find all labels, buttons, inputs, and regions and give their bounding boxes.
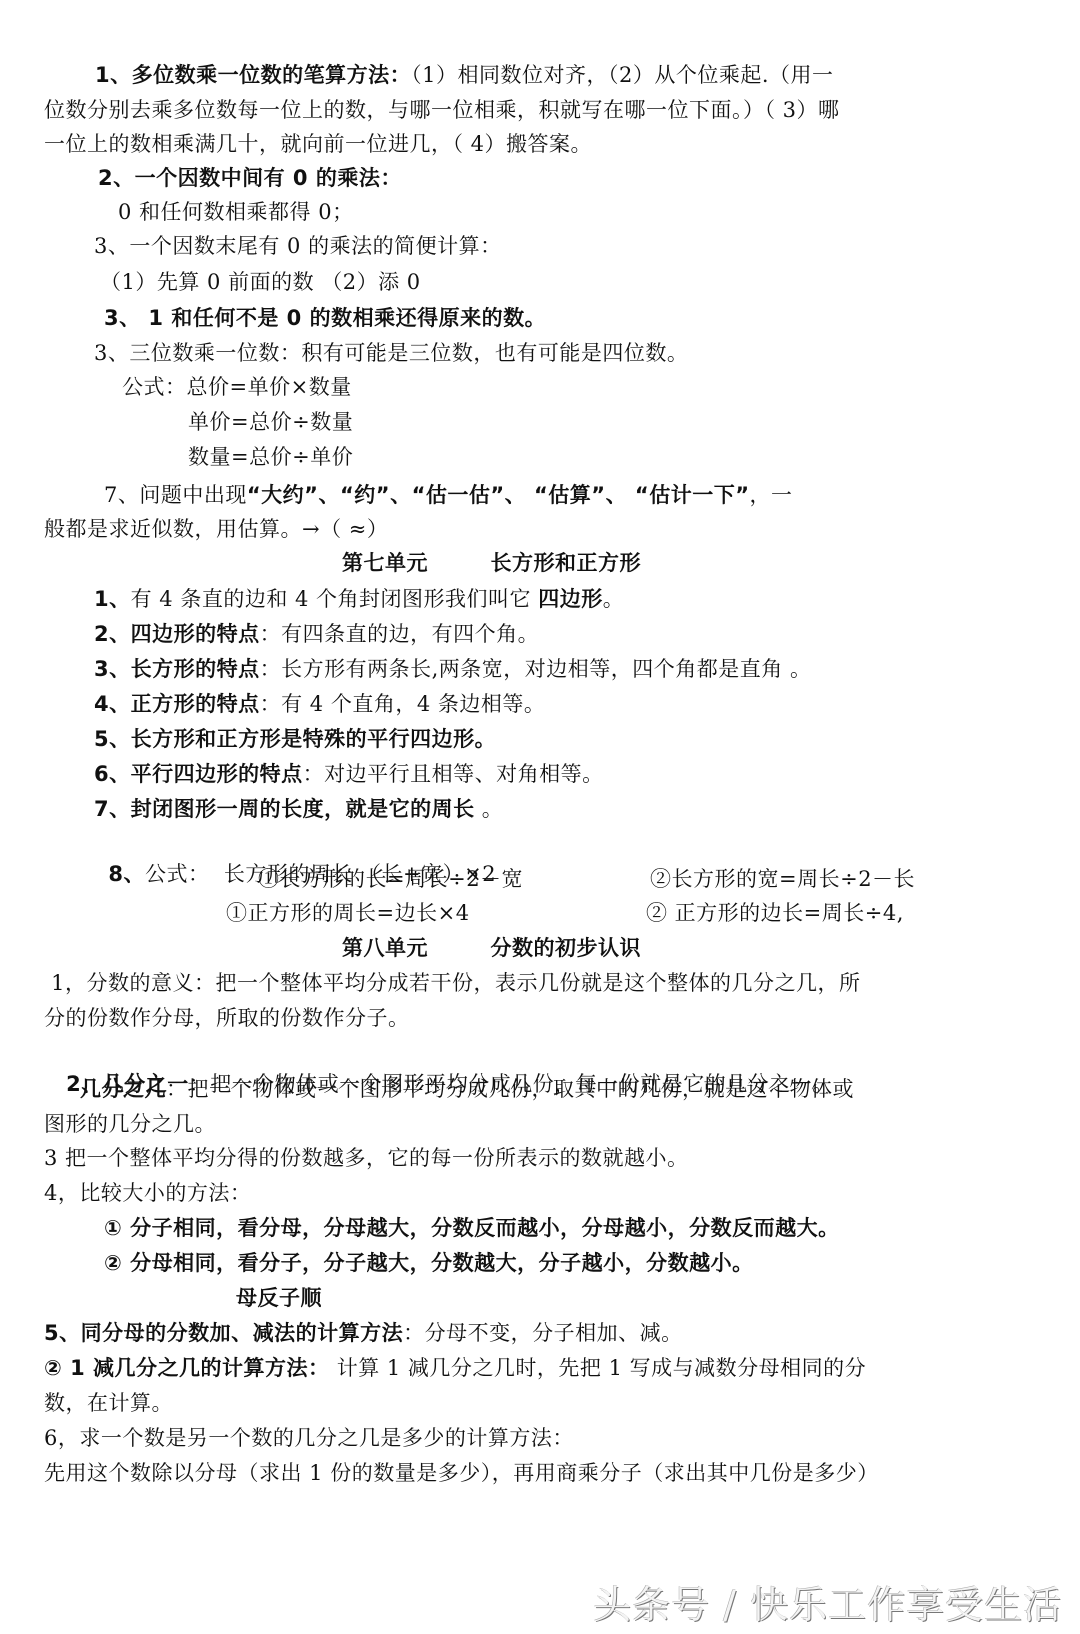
mult-item-2-label: 2、一个因数中间有 0 的乘法： [98,163,402,193]
unit-8-item-6-line-2: 先用这个数除以分母（求出 1 份的数量是多少），再用商乘分子（求出其中几份是多少… [44,1458,879,1488]
mult-item-7-prefix: 7、问题中出现 [104,483,247,507]
unit-8-item-2b-text: ：把一个物体或一个图形平均分成几份，取其中的几份，就是这个物体或 [166,1077,854,1101]
unit-8-item-2b-label: 几分之几 [80,1077,166,1101]
mult-item-1-line-3: 一位上的数相乘满几十，就向前一位进几，（ 4）搬答案。 [44,129,592,159]
rect-length-formula: ①长方形的长=周长÷2－宽 [258,864,523,894]
unit-7-item-5-label: 5、长方形和正方形是特殊的平行四边形。 [94,727,496,751]
unit-7-item-1: 1、有 4 条直的边和 4 个角封闭图形我们叫它 四边形。 [94,584,624,614]
mult-item-7-line-1: 7、问题中出现“大约”、“约”、“估一估”、 “估算”、 “估计一下”，一 [104,480,793,510]
unit-7-item-7: 7、封闭图形一周的长度，就是它的周长 。 [94,794,503,824]
unit-8-item-5-label: 5、同分母的分数加、减法的计算方法 [44,1321,403,1345]
unit-7-item-3-label: 3、长方形的特点 [94,657,260,681]
unit-7-title: 第七单元 长方形和正方形 [342,548,641,578]
unit-8-item-4-label: 4，比较大小的方法： [44,1178,251,1208]
unit-7-item-8-num: 8、 [108,862,145,886]
mult-item-3a-label: 3、一个因数末尾有 0 的乘法的简便计算： [94,231,502,261]
mult-item-1-label: 1、多位数乘一位数的笔算方法： [95,63,411,87]
unit-8-item-5-text: ：分母不变，分子相加、减。 [403,1321,683,1345]
mult-item-1-line-2: 位数分别去乘多位数每一位上的数，与哪一位相乘，积就写在哪一位下面。）（ 3）哪 [44,95,840,125]
unit-7-item-2-text: ：有四条直的边，有四个角。 [260,622,540,646]
unit-7-item-5: 5、长方形和正方形是特殊的平行四边形。 [94,724,496,754]
unit-8-item-2b: 几分之几：把一个物体或一个图形平均分成几份，取其中的几份，就是这个物体或 [80,1074,854,1104]
unit-7-item-1-text: 有 4 条直的边和 4 个角封闭图形我们叫它 [131,587,539,611]
unit-8-item-5b: ② 1 减几分之几的计算方法： 计算 1 减几分之几时，先把 1 写成与减数分母… [44,1353,866,1383]
price-formula-1: 公式：总价=单价×数量 [122,372,352,402]
unit-7-item-2-label: 2、四边形的特点 [94,622,260,646]
unit-7-item-6-label: 6、平行四边形的特点 [94,762,303,786]
unit-7-item-2: 2、四边形的特点：有四条直的边，有四个角。 [94,619,539,649]
price-formula-3: 数量=总价÷单价 [188,442,353,472]
unit-8-item-5: 5、同分母的分数加、减法的计算方法：分母不变，分子相加、减。 [44,1318,683,1348]
unit-7-item-7-tail: 。 [475,797,504,821]
compare-rule-1: ① 分子相同，看分母，分母越大，分数反而越小，分母越小，分数反而越大。 [104,1213,840,1243]
unit-7-item-6: 6、平行四边形的特点：对边平行且相等、对角相等。 [94,759,604,789]
formula-label: 公式： [122,375,187,399]
formula-total-price: 总价=单价×数量 [187,375,352,399]
unit-8-item-5b-text: 计算 1 减几分之几时，先把 1 写成与减数分母相同的分 [330,1356,867,1380]
mult-item-3a-text: （1）先算 0 前面的数 （2）添 0 [100,267,421,297]
mult-item-3b: 3、 1 和任何不是 0 的数相乘还得原来的数。 [104,303,546,333]
square-side-formula: ② 正方形的边长=周长÷4, [646,898,904,928]
mult-item-7-suffix: ，一 [750,483,793,507]
mult-item-3c: 3、三位数乘一位数：积有可能是三位数，也有可能是四位数。 [94,338,688,368]
square-perimeter-formula: ①正方形的周长=边长×4 [226,898,470,928]
unit-7-item-1-term: 四边形 [538,587,603,611]
unit-7-item-3-text: ：长方形有两条长,两条宽，对边相等，四个角都是直角 。 [260,657,812,681]
watermark: 头条号 / 快乐工作享受生活 [593,1574,1062,1629]
unit-8-item-6-label: 6，求一个数是另一个数的几分之几是多少的计算方法： [44,1423,574,1453]
mult-item-1-line-1: 1、多位数乘一位数的笔算方法：（1）相同数位对齐，（2）从个位乘起.（用一 [95,60,834,90]
unit-7-item-4: 4、正方形的特点：有 4 个直角，4 条边相等。 [94,689,545,719]
compare-rule-2: ② 分母相同，看分子，分子越大，分数越大，分子越小，分数越小。 [104,1248,754,1278]
unit-8-item-1-line-2: 分的份数作分母，所取的份数作分子。 [44,1003,410,1033]
compare-mnemonic: 母反子顺 [236,1283,322,1313]
unit-7-item-7-label: 7、封闭图形一周的长度，就是它的周长 [94,797,475,821]
unit-7-item-3: 3、长方形的特点：长方形有两条长,两条宽，对边相等，四个角都是直角 。 [94,654,811,684]
price-formula-2: 单价=总价÷数量 [188,407,353,437]
unit-7-item-4-text: ：有 4 个直角，4 条边相等。 [260,692,546,716]
unit-8-item-5b-label: ② 1 减几分之几的计算方法： [44,1356,330,1380]
unit-7-item-1-num: 1、 [94,587,131,611]
unit-8-item-3: 3 把一个整体平均分得的份数越多，它的每一份所表示的数就越小。 [44,1143,689,1173]
mult-item-1-text: （1）相同数位对齐，（2）从个位乘起.（用一 [411,63,833,87]
unit-7-item-4-label: 4、正方形的特点 [94,692,260,716]
estimate-terms: “大约”、“约”、“估一估”、 “估算”、 “估计一下” [247,483,750,507]
unit-8-item-2b-line-2: 图形的几分之几。 [44,1109,216,1139]
mult-item-7-line-2: 般都是求近似数，用估算。→（ ≈） [44,514,388,544]
unit-7-item-1-tail: 。 [603,587,625,611]
unit-7-item-6-text: ：对边平行且相等、对角相等。 [303,762,604,786]
unit-8-item-1-line-1: 1，分数的意义：把一个整体平均分成若干份，表示几份就是这个整体的几分之几，所 [44,968,861,998]
unit-8-title: 第八单元 分数的初步认识 [342,933,641,963]
rect-width-formula: ②长方形的宽=周长÷2－长 [650,864,915,894]
mult-item-2-text: 0 和任何数相乘都得 0； [118,197,354,227]
unit-8-item-5b-line-2: 数，在计算。 [44,1388,173,1418]
